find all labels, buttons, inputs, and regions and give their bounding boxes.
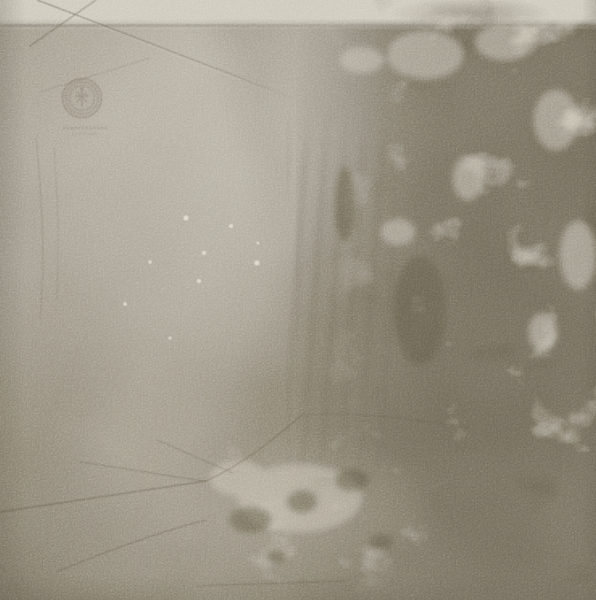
stamp-inner-ring <box>70 86 95 111</box>
dark-bottom-left-region <box>0 360 220 600</box>
light-splotch-blobs <box>210 24 596 532</box>
dark-right-region <box>296 0 596 600</box>
stamp-outer-ring <box>63 79 102 118</box>
dark-splotch-blobs <box>229 167 446 563</box>
crease-wedges-layer <box>0 0 596 600</box>
light-bottom-center-patch <box>140 415 450 600</box>
scratch-lines <box>0 0 470 586</box>
cloud-noise-layer <box>0 0 596 600</box>
texture-overlay <box>0 0 596 600</box>
vertical-smudge-streaks <box>286 110 396 530</box>
grain-noise-layer <box>0 0 596 600</box>
top-edge-shadow-line <box>0 24 596 27</box>
speckle-noise-layer <box>0 0 596 600</box>
edge-vignette <box>0 0 596 600</box>
stamp-emblem-figure <box>75 87 89 106</box>
stamp-arc-text <box>66 82 98 114</box>
ink-stamp <box>63 79 108 135</box>
paint-specks <box>123 215 259 339</box>
album-artwork-scan <box>0 0 596 600</box>
top-edge-band <box>0 0 596 30</box>
mottle-splotches <box>150 0 596 600</box>
texture-base-layer <box>0 0 596 600</box>
